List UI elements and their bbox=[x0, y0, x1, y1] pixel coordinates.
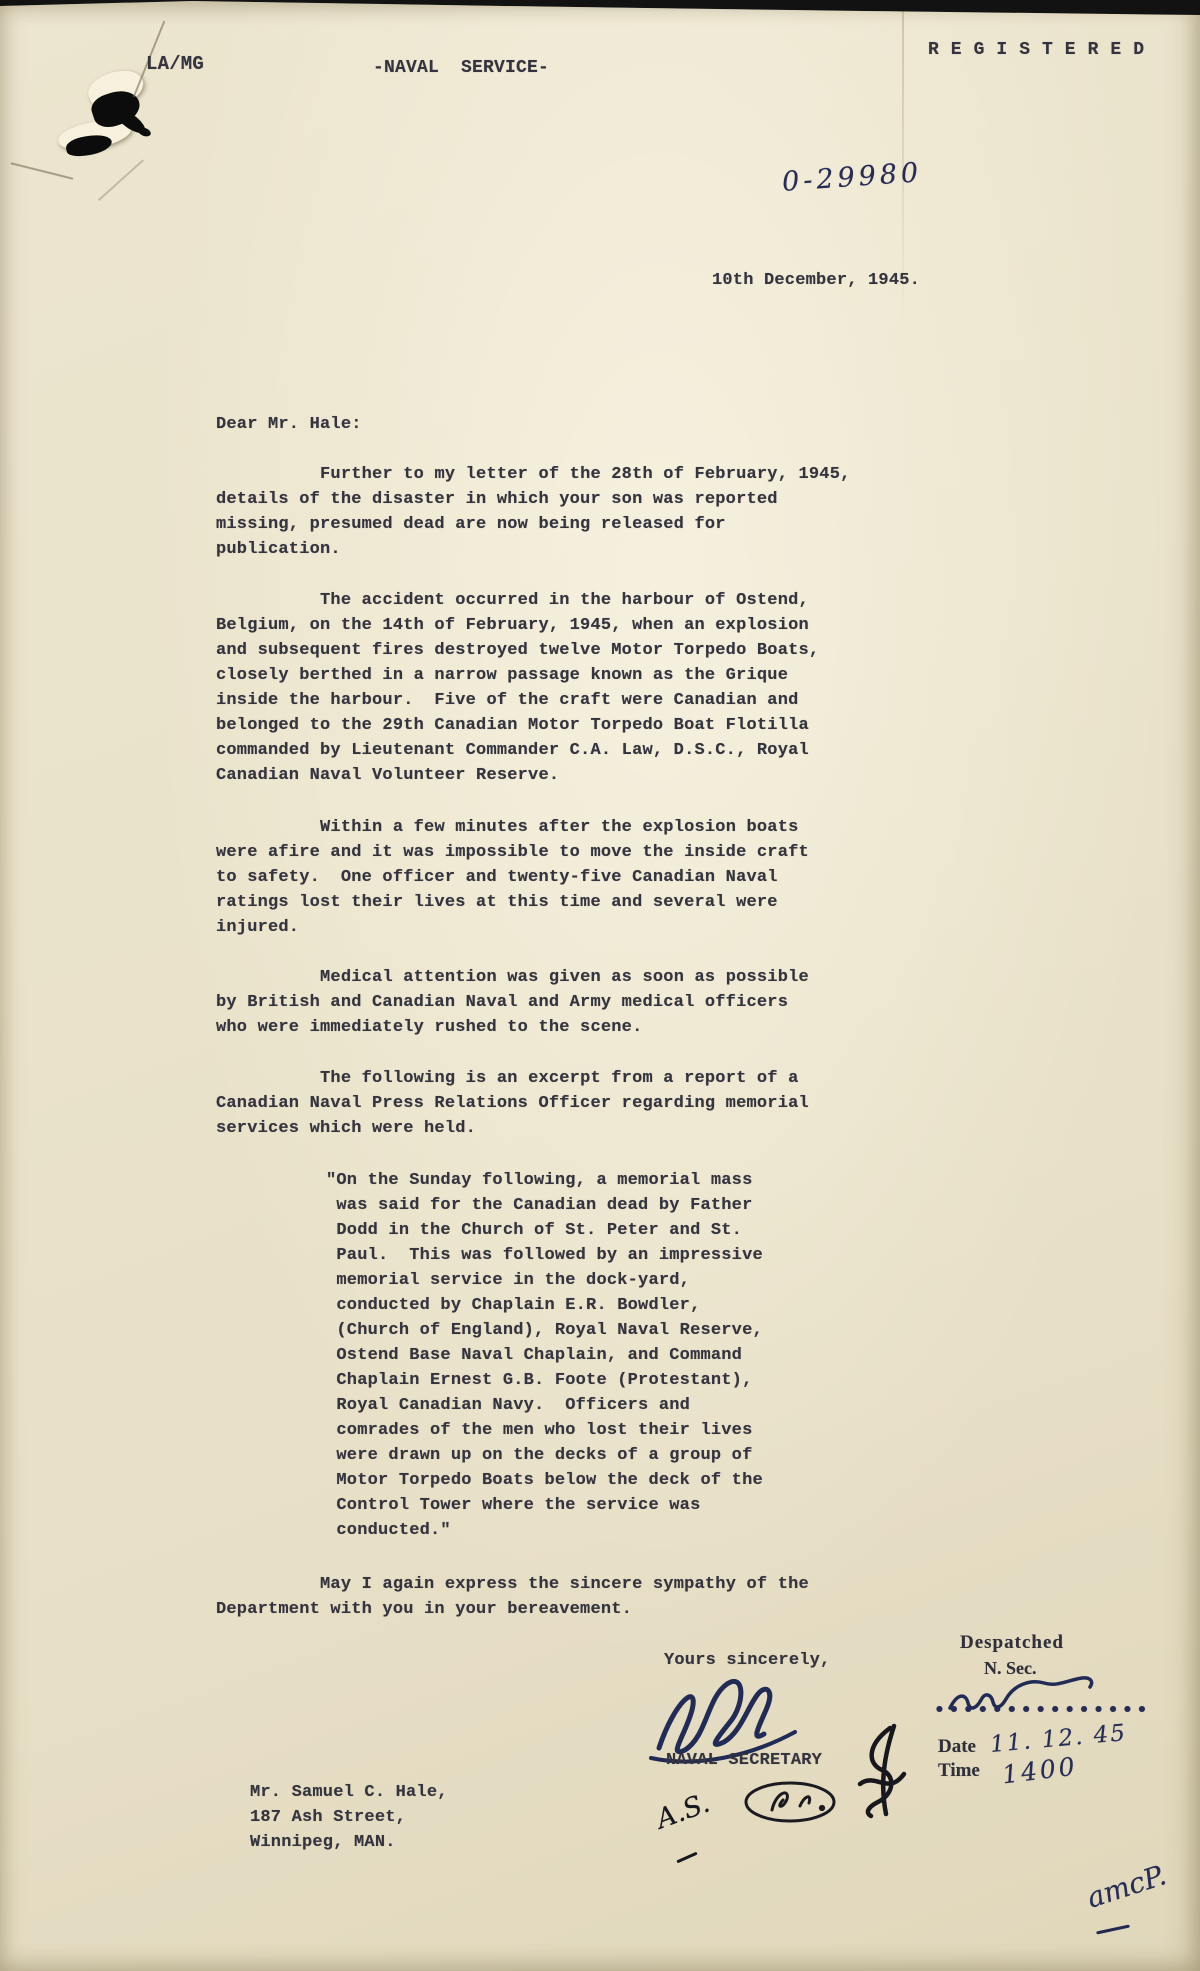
memorial-quote: "On the Sunday following, a memorial mas… bbox=[326, 1168, 806, 1543]
paragraph-3: Within a few minutes after the explosion… bbox=[216, 815, 866, 940]
pen-flourish bbox=[848, 1722, 912, 1822]
approval-initials-as: A.S. bbox=[652, 1788, 714, 1836]
despatch-time-value: 1400 bbox=[1001, 1751, 1080, 1789]
recipient-address: Mr. Samuel C. Hale, 187 Ash Street, Winn… bbox=[250, 1780, 448, 1855]
signer-title: NAVAL SECRETARY bbox=[666, 1748, 822, 1773]
despatch-dotted-line: ••••••••••••••• bbox=[934, 1700, 1151, 1720]
paragraph-2: The accident occurred in the harbour of … bbox=[216, 588, 866, 788]
paper-crack bbox=[11, 162, 73, 179]
corner-initials: amcP. bbox=[1083, 1858, 1170, 1914]
tear-hole bbox=[137, 126, 152, 138]
typist-initials: LA/MG bbox=[146, 52, 204, 77]
corner-initials-underline bbox=[1096, 1924, 1130, 1934]
paragraph-6: May I again express the sincere sympathy… bbox=[216, 1572, 866, 1622]
letter-page: LA/MG -NAVAL SERVICE- REGISTERED 0-29980… bbox=[0, 0, 1200, 1971]
despatch-time-label: Time bbox=[938, 1760, 980, 1782]
date-line: 10th December, 1945. bbox=[712, 268, 920, 293]
approval-initials-underline bbox=[676, 1852, 697, 1864]
despatch-date-label: Date bbox=[938, 1736, 976, 1758]
paragraph-4: Medical attention was given as soon as p… bbox=[216, 965, 866, 1040]
paper-crack bbox=[98, 159, 144, 200]
paragraph-5: The following is an excerpt from a repor… bbox=[216, 1066, 866, 1141]
registered-label: REGISTERED bbox=[928, 38, 1156, 63]
despatch-date-value: 11. 12. 45 bbox=[989, 1720, 1128, 1758]
circled-initials-scribble bbox=[742, 1778, 842, 1828]
despatch-stamp-line1: Despatched bbox=[960, 1632, 1064, 1654]
letterhead-title: -NAVAL SERVICE- bbox=[373, 56, 549, 81]
paragraph-1: Further to my letter of the 28th of Febr… bbox=[216, 462, 866, 562]
file-number-handwritten: 0-29980 bbox=[781, 157, 923, 198]
salutation: Dear Mr. Hale: bbox=[216, 412, 362, 437]
